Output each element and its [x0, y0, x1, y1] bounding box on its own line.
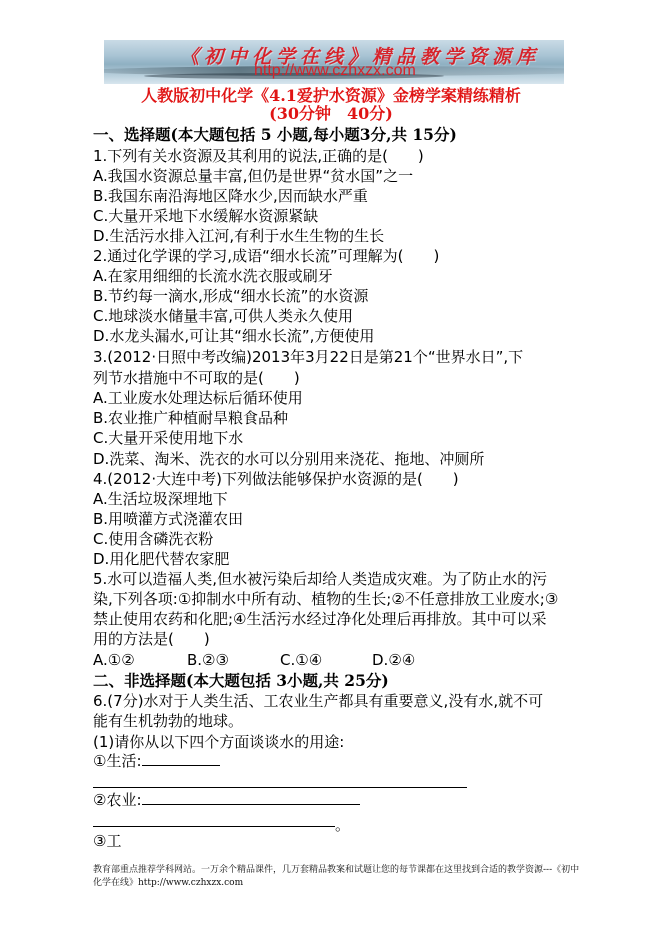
- question-3-stem-line1: 3.(2012·日照中考改编)2013年3月22日是第21个“世界水日”,下: [93, 347, 523, 367]
- question-2-option-c: C.地球淡水储量丰富,可供人类永久使用: [93, 306, 353, 326]
- question-5-option-c: C.①④: [280, 650, 322, 670]
- question-1-option-b: B.我国东南沿海地区降水少,因而缺水严重: [93, 186, 368, 206]
- question-3-option-a: A.工业废水处理达标后循环使用: [93, 388, 303, 408]
- question-4-option-a: A.生活垃圾深埋地下: [93, 489, 228, 509]
- answer-blank-life[interactable]: [142, 751, 220, 766]
- question-5-option-a: A.①②: [93, 650, 135, 670]
- question-3-option-b: B.农业推广种植耐旱粮食品种: [93, 408, 288, 428]
- question-3-option-d: D.洗菜、淘米、洗衣的水可以分别用来浇花、拖地、冲厕所: [93, 449, 484, 469]
- question-5-stem-line4: 用的方法是( ): [93, 629, 210, 649]
- question-2-option-d: D.水龙头漏水,可让其“细水长流”,方便使用: [93, 326, 374, 346]
- banner-url[interactable]: http://www.czhxzx.com: [254, 62, 416, 80]
- question-3-option-c: C.大量开采使用地下水: [93, 428, 243, 448]
- period-mark: 。: [335, 815, 350, 835]
- question-5-stem-line1: 5.水可以造福人类,但水被污染后却给人类造成灾难。为了防止水的污: [93, 569, 547, 589]
- question-4-stem: 4.(2012·大连中考)下列做法能够保护水资源的是( ): [93, 469, 459, 489]
- question-5-option-d: D.②④: [372, 650, 415, 670]
- question-4-option-d: D.用化肥代替农家肥: [93, 549, 229, 569]
- question-1-option-a: A.我国水资源总量丰富,但仍是世界“贫水国”之一: [93, 166, 413, 186]
- answer-blank-agriculture[interactable]: [142, 790, 360, 805]
- item-agriculture-label: ②农业:: [93, 791, 142, 809]
- site-banner: 《初中化学在线》精品教学资源库 http://www.czhxzx.com: [104, 40, 564, 84]
- question-2-option-b: B.节约每一滴水,形成“细水长流”的水资源: [93, 286, 368, 306]
- question-6-item-industry: ③工: [93, 831, 121, 851]
- question-1-option-c: C.大量开采地下水缓解水资源紧缺: [93, 206, 318, 226]
- question-6-item-agriculture: ②农业:: [93, 790, 360, 810]
- question-6-sub1: (1)请你从以下四个方面谈谈水的用途:: [93, 732, 344, 752]
- question-4-option-b: B.用喷灌方式浇灌农田: [93, 509, 243, 529]
- question-1-option-d: D.生活污水排入江河,有利于水生生物的生长: [93, 226, 384, 246]
- question-5-stem-line3: 禁止使用农药和化肥;④生活污水经过净化处理后再排放。其中可以采: [93, 609, 547, 629]
- answer-line-agriculture-continued[interactable]: [93, 826, 335, 827]
- question-6-stem-line2: 能有生机勃勃的地球。: [93, 711, 243, 731]
- question-1-stem: 1.下列有关水资源及其利用的说法,正确的是( ): [93, 146, 424, 166]
- question-6-stem-line1: 6.(7分)水对于人类生活、工农业生产都具有重要意义,没有水,就不可: [93, 691, 543, 711]
- item-life-label: ①生活:: [93, 752, 142, 770]
- page-title: 人教版初中化学《4.1爱护水资源》金榜学案精练精析: [0, 86, 662, 105]
- question-5-option-b: B.②③: [187, 650, 229, 670]
- question-2-stem: 2.通过化学课的学习,成语“细水长流”可理解为( ): [93, 246, 439, 266]
- section-heading-nonchoice: 二、非选择题(本大题包括 3小题,共 25分): [93, 671, 389, 691]
- section-heading-choice: 一、选择题(本大题包括 5 小题,每小题3分,共 15分): [93, 125, 457, 145]
- question-4-option-c: C.使用含磷洗衣粉: [93, 529, 213, 549]
- answer-line-life-continued[interactable]: [93, 787, 467, 788]
- question-3-stem-line2: 列节水措施中不可取的是( ): [93, 368, 300, 388]
- page-subtitle: (30分钟 40分): [0, 104, 662, 123]
- question-6-item-life: ①生活:: [93, 751, 220, 771]
- page-footer: 教育部重点推荐学科网站。一万余个精品课件，几万套精品教案和试题让您的每节课都在这…: [93, 864, 583, 890]
- question-2-option-a: A.在家用细细的长流水洗衣服或刷牙: [93, 266, 333, 286]
- question-5-stem-line2: 染,下列各项:①抑制水中所有动、植物的生长;②不任意排放工业废水;③: [93, 589, 558, 609]
